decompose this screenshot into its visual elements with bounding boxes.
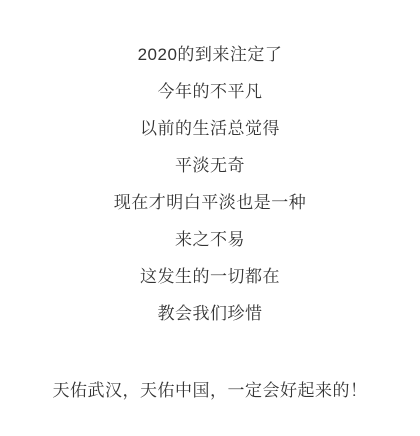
closing-line: 天佑武汉，天佑中国，一定会好起来的！ — [0, 372, 420, 409]
poem-line-1: 2020的到来注定了 — [0, 36, 420, 73]
poem-line-3: 以前的生活总觉得 — [0, 110, 420, 147]
poem-line-7: 这发生的一切都在 — [0, 258, 420, 295]
poem-line-5: 现在才明白平淡也是一种 — [0, 184, 420, 221]
poem-line-6: 来之不易 — [0, 221, 420, 258]
poem-line-8: 教会我们珍惜 — [0, 295, 420, 332]
poem-line-2: 今年的不平凡 — [0, 73, 420, 110]
poem-line-4: 平淡无奇 — [0, 147, 420, 184]
text-card: 2020的到来注定了 今年的不平凡 以前的生活总觉得 平淡无奇 现在才明白平淡也… — [0, 0, 420, 436]
